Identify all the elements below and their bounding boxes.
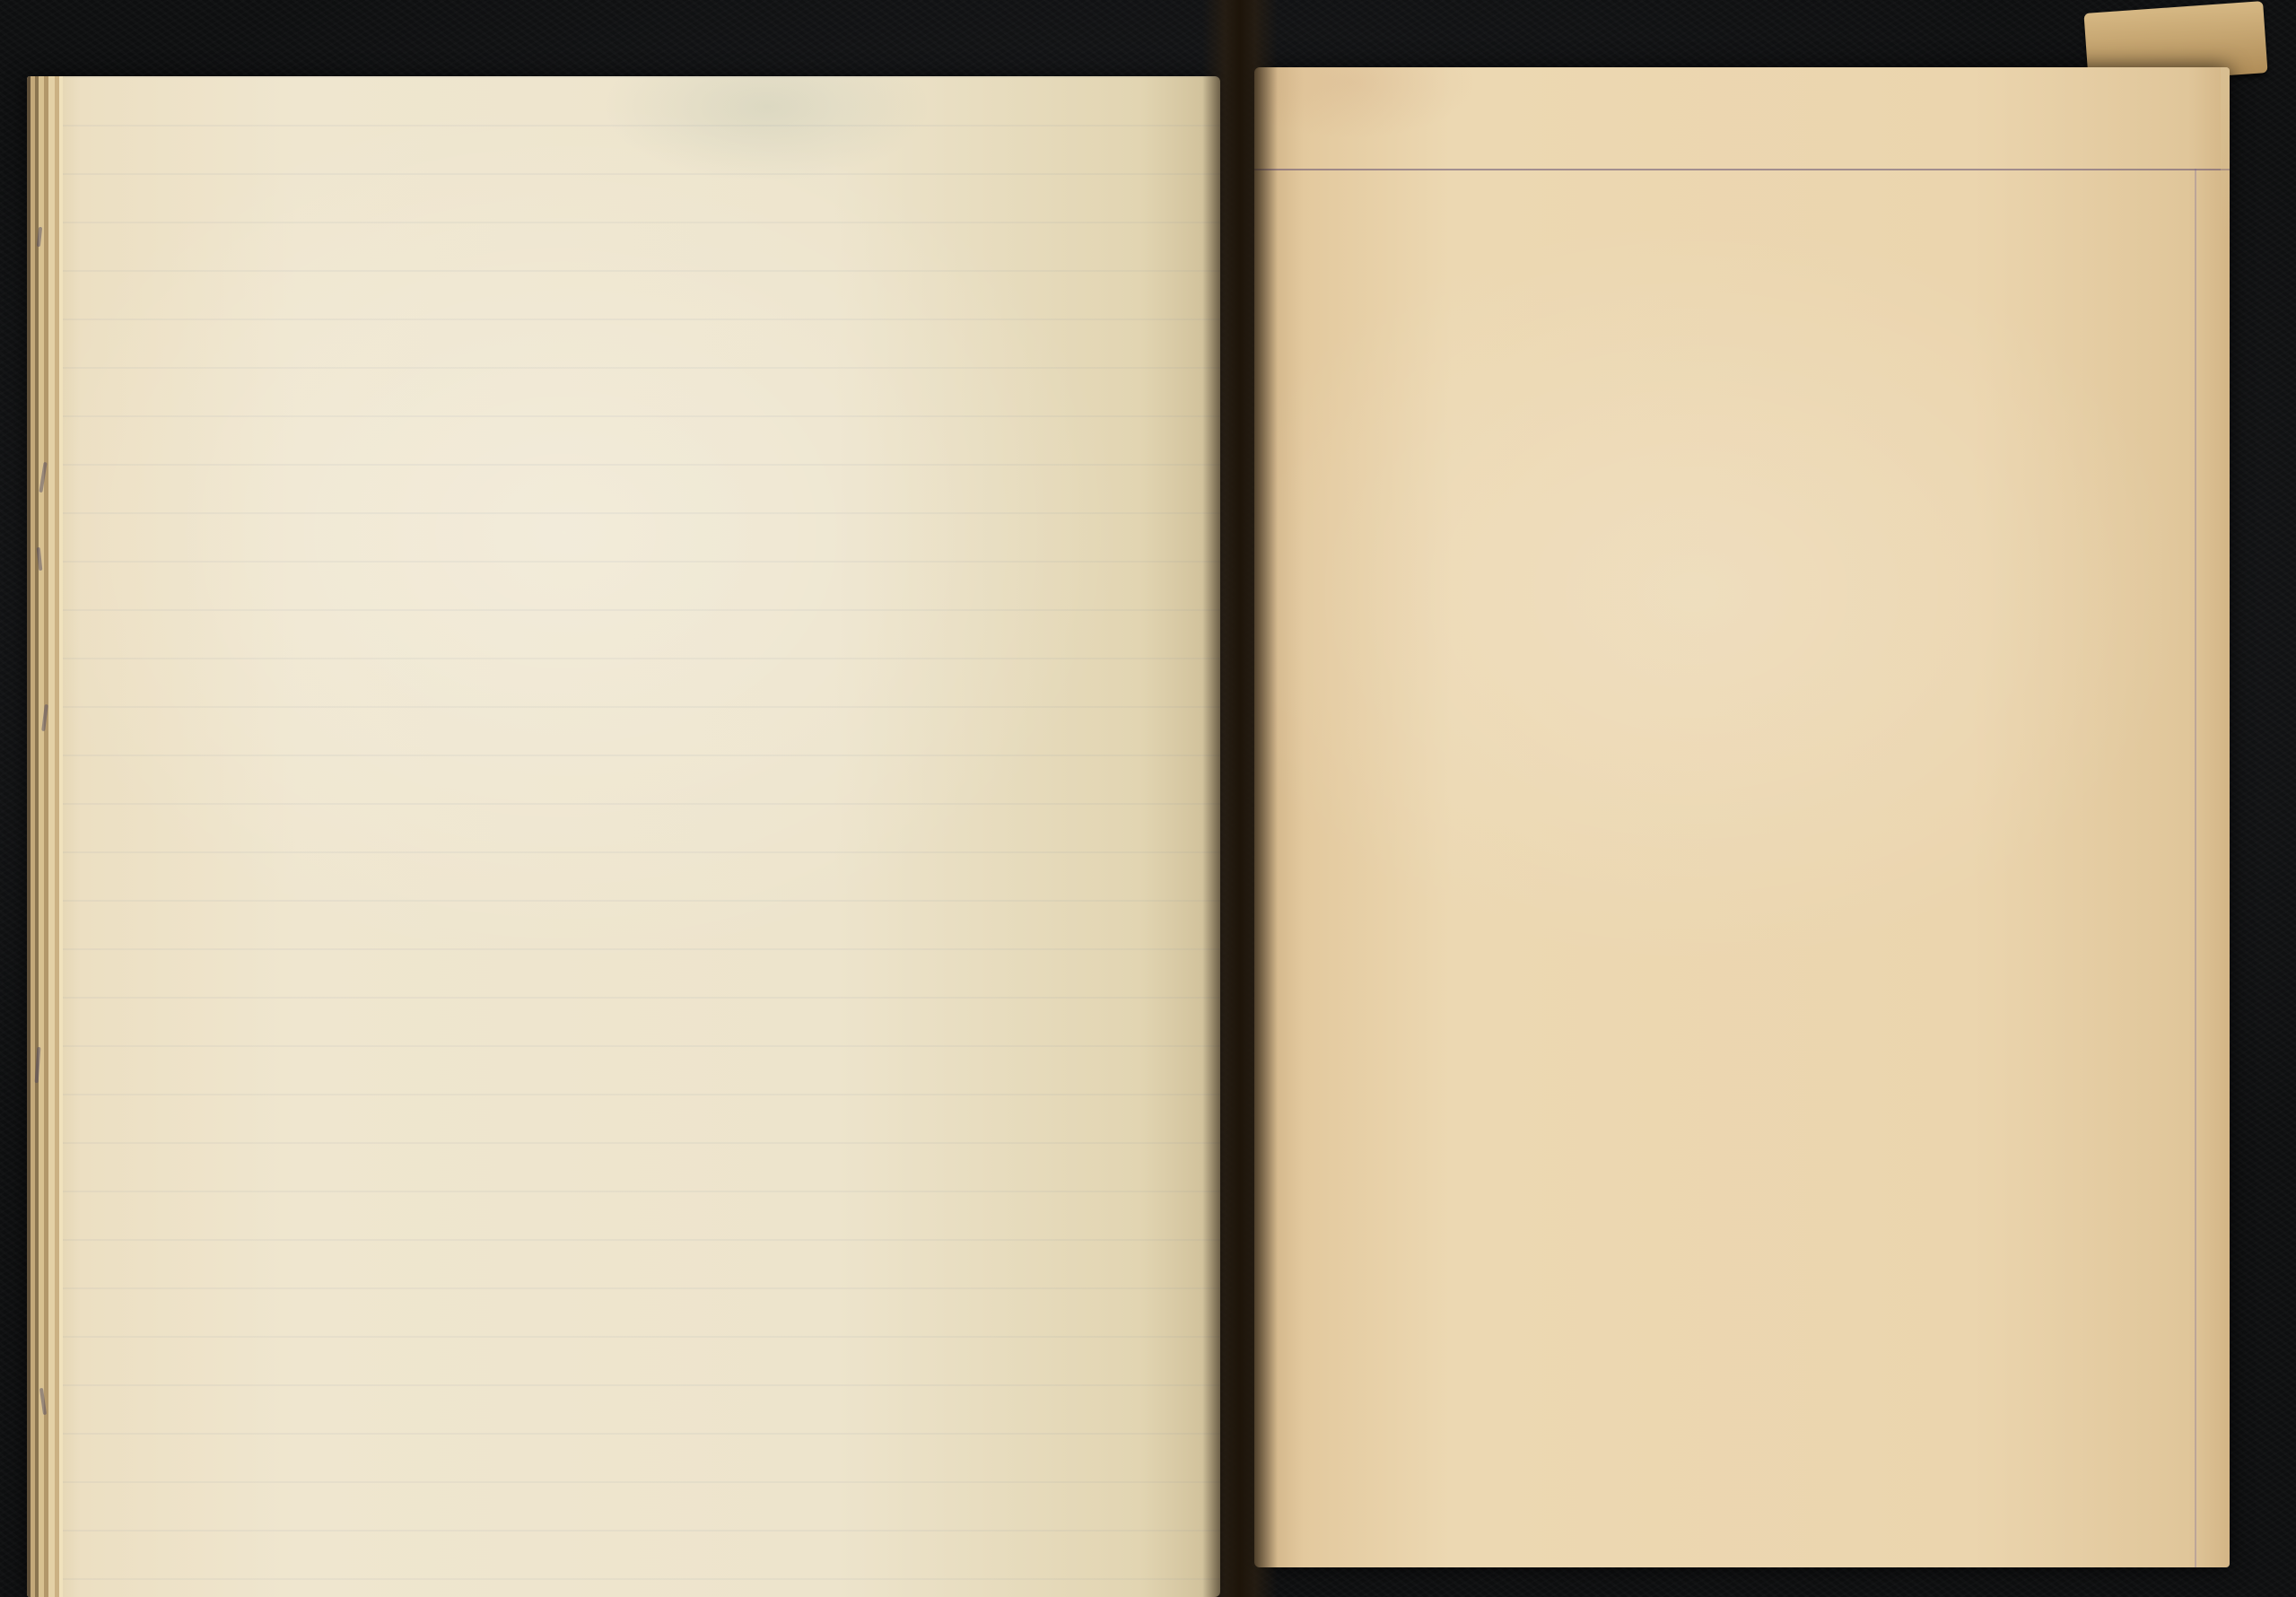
catalog-entries [1254, 182, 2230, 1497]
header-rule [1254, 169, 2230, 170]
ledger-left-page [27, 76, 1220, 1597]
auction-ledger-book-scan [0, 0, 2296, 1597]
auction-ledger-table [27, 76, 1220, 1597]
catalog-right-page [1254, 67, 2230, 1567]
book-spine [1202, 0, 1278, 1597]
